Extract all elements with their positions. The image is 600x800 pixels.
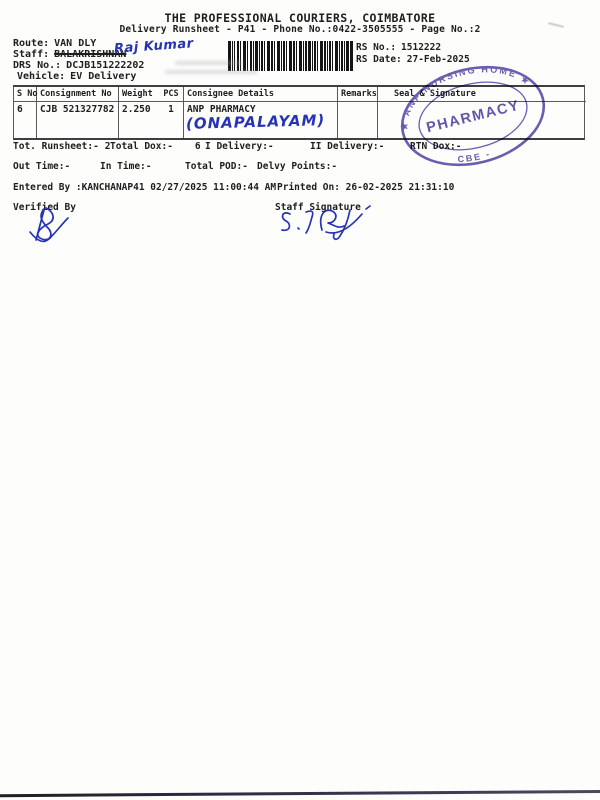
printed-on-line: Printed On: 26-02-2025 21:31:10: [277, 182, 454, 193]
col-header-consignee: Consignee Details: [184, 87, 338, 102]
col-header-weight: Weight: [119, 87, 159, 102]
vehicle-label: Vehicle:: [17, 71, 65, 82]
staff-line: Staff:BALAKRISHNAN: [13, 49, 126, 60]
verified-by-signature: [24, 206, 74, 246]
row-consignee-details: ANP PHARMACY (ONAPALAYAM): [184, 102, 338, 138]
route-value: VAN DLY: [54, 38, 96, 49]
stamp-center-text: PHARMACY: [425, 98, 522, 137]
total-runsheet-label: Tot. Runsheet:-: [13, 141, 99, 152]
scan-edge-line: [0, 790, 600, 797]
row-pcs: 1: [159, 102, 184, 138]
company-title: THE PROFESSIONAL COURIERS, COIMBATORE: [0, 11, 600, 25]
vehicle-value: EV Delivery: [70, 71, 136, 82]
route-line: Route:VAN DLY: [13, 38, 96, 49]
row-consignment-no: CJB 521327782: [37, 102, 119, 138]
runsheet-subtitle: Delivery Runsheet - P41 - Phone No.:0422…: [0, 24, 600, 35]
row-sno: 6: [14, 102, 37, 138]
in-time-label: In Time:-: [100, 161, 151, 172]
staff-label: Staff:: [13, 49, 49, 60]
faded-ink-smudge: [165, 56, 260, 79]
rs-no-label: RS No.:: [356, 42, 396, 53]
total-pod-label: Total POD:-: [185, 161, 248, 172]
row-remarks: [338, 102, 378, 138]
rs-no-value: 1512222: [401, 42, 441, 53]
total-dox-value: 6: [195, 141, 201, 152]
col-header-pcs: PCS: [159, 87, 184, 102]
row-weight: 2.250: [119, 102, 159, 138]
total-dox: Total Dox:-6: [110, 141, 201, 152]
col-header-remarks: Remarks: [338, 87, 378, 102]
delivery-runsheet-document: THE PROFESSIONAL COURIERS, COIMBATORE De…: [0, 0, 600, 800]
delvy-points-label: Delvy Points:-: [257, 161, 337, 172]
col-header-sno: S No: [14, 87, 37, 102]
total-runsheet: Tot. Runsheet:-2: [13, 141, 111, 152]
total-dox-label: Total Dox:-: [110, 141, 173, 152]
i-delivery-label: I Delivery:-: [205, 141, 274, 152]
rs-no-line: RS No.:1512222: [356, 42, 441, 53]
drs-label: DRS No.:: [13, 60, 61, 71]
vehicle-line: Vehicle:EV Delivery: [17, 71, 136, 82]
route-label: Route:: [13, 38, 49, 49]
drs-value: DCJB151222202: [66, 60, 144, 71]
consignee-handwritten-area: (ONAPALAYAM): [186, 111, 326, 133]
out-time-label: Out Time:-: [13, 161, 70, 172]
staff-handwritten-name: Raj Kumar: [114, 36, 194, 57]
entered-by-line: Entered By :KANCHANAP41 02/27/2025 11:00…: [13, 182, 276, 193]
staff-signature: [276, 202, 376, 244]
col-header-consignment: Consignment No: [37, 87, 119, 102]
drs-line: DRS No.:DCJB151222202: [13, 60, 144, 71]
ii-delivery-label: II Delivery:-: [310, 141, 384, 152]
pharmacy-stamp: ★ ANP NURSING HOME ★ CBE - PHARMACY: [395, 62, 555, 174]
